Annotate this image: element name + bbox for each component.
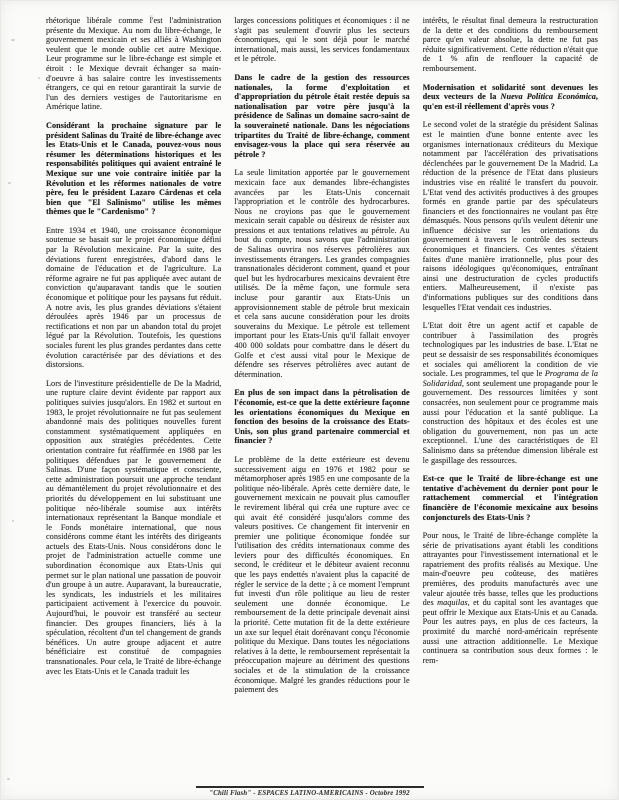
paragraph: Le problème de la dette extérieure est d… [234, 455, 409, 695]
text-segment: rhétorique libérale comme l'est l'admini… [46, 16, 221, 111]
paragraph: La seule limitation apportée par le gouv… [234, 168, 409, 379]
text-segment: Considérant la prochaine signature par l… [46, 121, 221, 216]
paragraph: Entre 1934 et 1940, une croissance écono… [46, 226, 221, 370]
italic-phrase: Nueva Política Económica [501, 92, 596, 101]
text-segment: Le second volet de la stratégie du prési… [423, 120, 598, 311]
interview-question: Dans le cadre de la gestion des ressourc… [234, 73, 409, 159]
italic-phrase: maquilas [437, 598, 467, 607]
interview-question: En plus de son impact dans la pétrolisat… [234, 388, 409, 446]
text-column: rhétorique libérale comme l'est l'admini… [46, 16, 221, 772]
page-footer: "Chili Flash" - ESPACES LATINO-AMERICAIN… [0, 786, 619, 798]
footer-text: "Chili Flash" - ESPACES LATINO-AMERICAIN… [209, 790, 409, 797]
footer-rule [196, 786, 424, 788]
paragraph: Pour nous, le Traité de libre-échange co… [423, 531, 598, 665]
scanned-document-page: rhétorique libérale comme l'est l'admini… [0, 0, 619, 800]
interview-question: Considérant la prochaine signature par l… [46, 121, 221, 217]
text-column: larges concessions politiques et économi… [234, 16, 409, 772]
interview-question: Est-ce que le Traité de libre-échange es… [423, 474, 598, 522]
paragraph: larges concessions politiques et économi… [234, 16, 409, 64]
paragraph: Lors de l'investiture présidentielle de … [46, 379, 221, 676]
text-segment: Est-ce que le Traité de libre-échange es… [423, 474, 598, 521]
text-column: intérêts, le résultat final demeura la r… [423, 16, 598, 772]
paragraph: Le second volet de la stratégie du prési… [423, 120, 598, 312]
scan-speck [38, 77, 40, 79]
text-segment: En plus de son impact dans la pétrolisat… [234, 388, 409, 445]
text-segment: larges concessions politiques et économi… [234, 16, 409, 63]
paragraph: intérêts, le résultat final demeura la r… [423, 16, 598, 74]
scan-speck [8, 182, 11, 184]
text-segment: Pour nous, le Traité de libre-échange co… [423, 531, 598, 607]
paragraph: rhétorique libérale comme l'est l'admini… [46, 16, 221, 112]
text-segment: Lors de l'investiture présidentielle de … [46, 379, 221, 676]
paragraph: L'Etat doit être un agent actif et capab… [423, 321, 598, 465]
text-segment: Dans le cadre de la gestion des ressourc… [234, 73, 409, 159]
interview-question: Modernisation et solidarité sont devenue… [423, 83, 598, 112]
text-segment: Entre 1934 et 1940, une croissance écono… [46, 226, 221, 369]
text-segment: Le problème de la dette extérieure est d… [234, 455, 409, 694]
text-segment: , sont seulement une propagande pour le … [423, 379, 598, 465]
columns: rhétorique libérale comme l'est l'admini… [46, 16, 598, 772]
text-segment: , et du capital sont les avantages que p… [423, 598, 598, 665]
text-segment: La seule limitation apportée par le gouv… [234, 168, 409, 378]
scan-speck [11, 39, 15, 41]
text-segment: intérêts, le résultat final demeura la r… [423, 16, 598, 73]
scan-speck [12, 520, 14, 522]
scan-speck [7, 778, 10, 780]
